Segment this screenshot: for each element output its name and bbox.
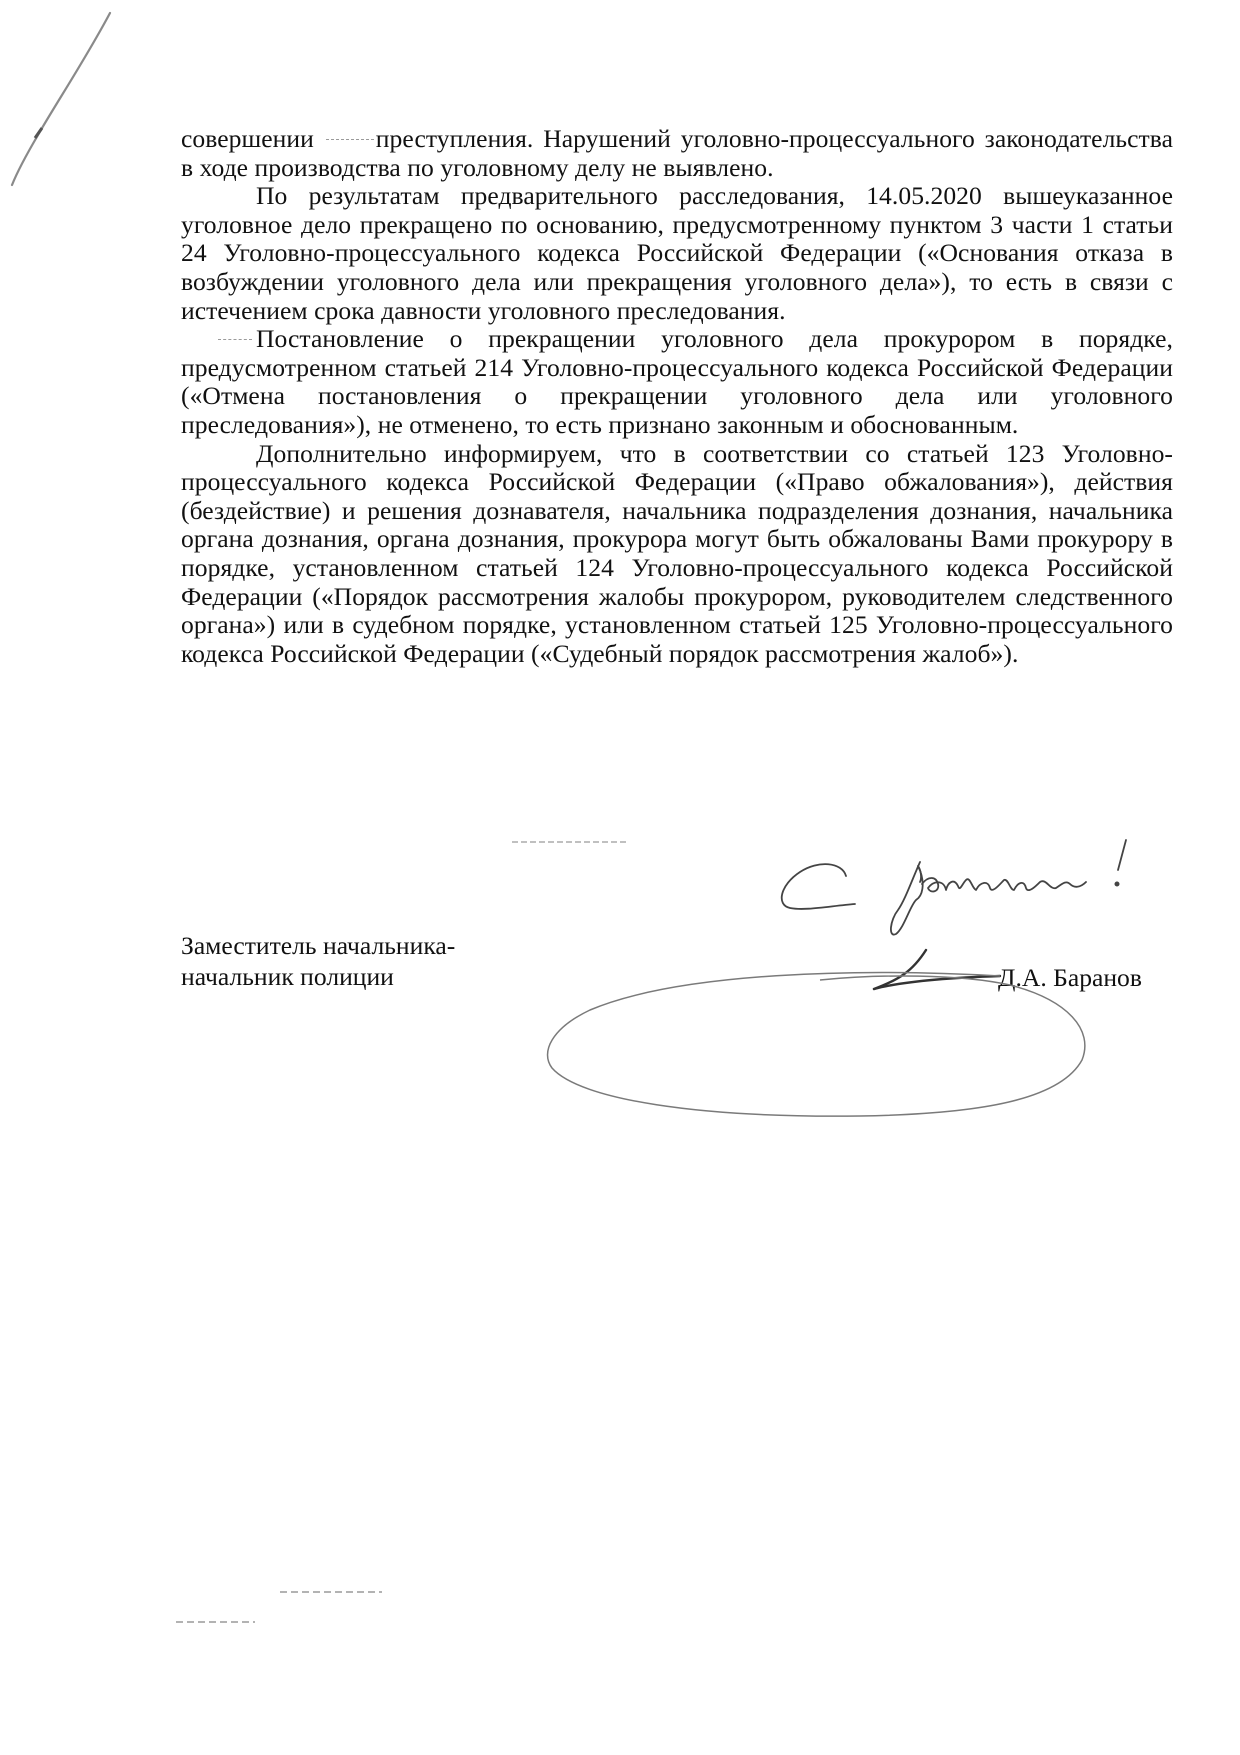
letter-body: совершении преступления. Нарушений уголо… [181,125,1173,668]
signature-icon [874,950,1000,989]
signatory-title-line-1: Заместитель начальника- [181,930,455,961]
handwritten-note-icon [782,840,1126,935]
document-page: совершении преступления. Нарушений уголо… [0,0,1240,1755]
paragraph-1-rest: преступления. Нарушений уголовно-процесс… [181,124,1173,182]
paragraph-1: совершении преступления. Нарушений уголо… [181,125,1173,182]
hand-drawn-ellipse-icon [547,973,1085,1117]
paragraph-3-text: Постановление о прекращении уголовного д… [181,324,1173,439]
signatory-title-line-2: начальник полиции [181,961,455,992]
signatory-title: Заместитель начальника- начальник полици… [181,930,455,992]
corner-pen-stroke-icon [12,13,110,185]
redacted-gap [218,339,252,340]
paragraph-2: По результатам предварительного расследо… [181,182,1173,325]
paragraph-4: Дополнительно информируем, что в соответ… [181,440,1173,669]
paragraph-1-start: совершении [181,124,314,153]
paragraph-3: Постановление о прекращении уголовного д… [181,325,1173,439]
redacted-gap [326,139,374,140]
faint-dash-mark [176,1592,382,1622]
signatory-name: Д.А. Баранов [998,962,1142,993]
